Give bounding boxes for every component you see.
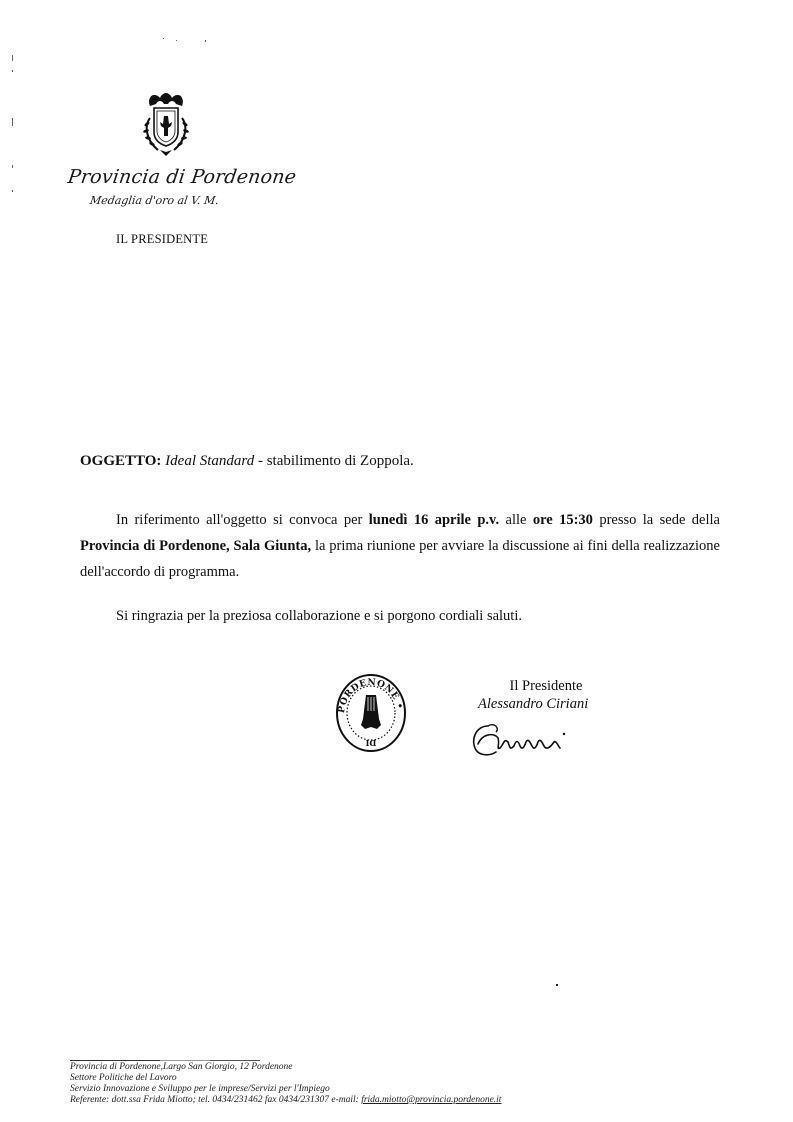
scan-speck: [12, 165, 13, 168]
scan-speck: [12, 70, 13, 72]
footer-contact-block: Provincia di Pordenone,Largo San Giorgio…: [70, 1062, 501, 1106]
svg-text:DI: DI: [365, 738, 376, 748]
subject-rest: stabilimento di Zoppola.: [267, 453, 414, 469]
footer-referent: Referente: dott.ssa Frida Miotto; tel. 0…: [70, 1095, 501, 1106]
handwritten-signature-icon: [470, 718, 590, 762]
footer-referent-text: Referente: dott.ssa Frida Miotto; tel. 0…: [70, 1095, 361, 1105]
footer-email-link[interactable]: frida.miotto@provincia.pordenone.it: [361, 1095, 501, 1105]
body-paragraph-convocation: In riferimento all'oggetto si convoca pe…: [80, 507, 720, 585]
footer-address: Provincia di Pordenone,Largo San Giorgio…: [70, 1062, 501, 1073]
scan-speck: [12, 118, 13, 126]
scan-speck: [163, 38, 164, 39]
footer-divider: [160, 1060, 210, 1061]
office-title: IL PRESIDENTE: [116, 232, 208, 247]
body-paragraph-closing: Si ringrazia per la preziosa collaborazi…: [80, 603, 720, 629]
provincial-seal-icon: PORDENONE • PROVINCIA DI: [335, 673, 407, 753]
footer-service: Servizio Innovazione e Sviluppo per le i…: [70, 1084, 501, 1095]
scan-speck: [176, 40, 177, 41]
organization-name: Provincia di Pordenone: [66, 166, 297, 188]
footer-divider: [70, 1060, 160, 1061]
footer-department: Settore Politiche del Lavoro: [70, 1073, 501, 1084]
subject-line: OGGETTO: Ideal Standard - stabilimento d…: [80, 453, 414, 470]
text-run: In riferimento all'oggetto si convoca pe…: [116, 512, 369, 528]
footer-divider: [210, 1060, 260, 1061]
scan-speck: [12, 55, 13, 61]
signatory-name: Alessandro Ciriani: [478, 696, 588, 713]
text-run: presso la sede della: [593, 512, 720, 528]
text-run: alle: [499, 512, 533, 528]
honor-subtitle: Medaglia d'oro al V. M.: [89, 194, 220, 207]
meeting-date: lunedì 16 aprile p.v.: [369, 512, 499, 528]
subject-label: OGGETTO:: [80, 453, 161, 469]
scan-speck: [205, 40, 206, 42]
meeting-location: Provincia di Pordenone, Sala Giunta,: [80, 538, 311, 554]
subject-company: Ideal Standard: [165, 453, 254, 469]
meeting-time: ore 15:30: [533, 512, 593, 528]
scan-speck: [556, 984, 558, 986]
scan-speck: [12, 190, 13, 192]
signatory-title: Il Presidente: [496, 678, 596, 695]
coat-of-arms-icon: [136, 90, 196, 160]
subject-separator: -: [254, 453, 267, 469]
